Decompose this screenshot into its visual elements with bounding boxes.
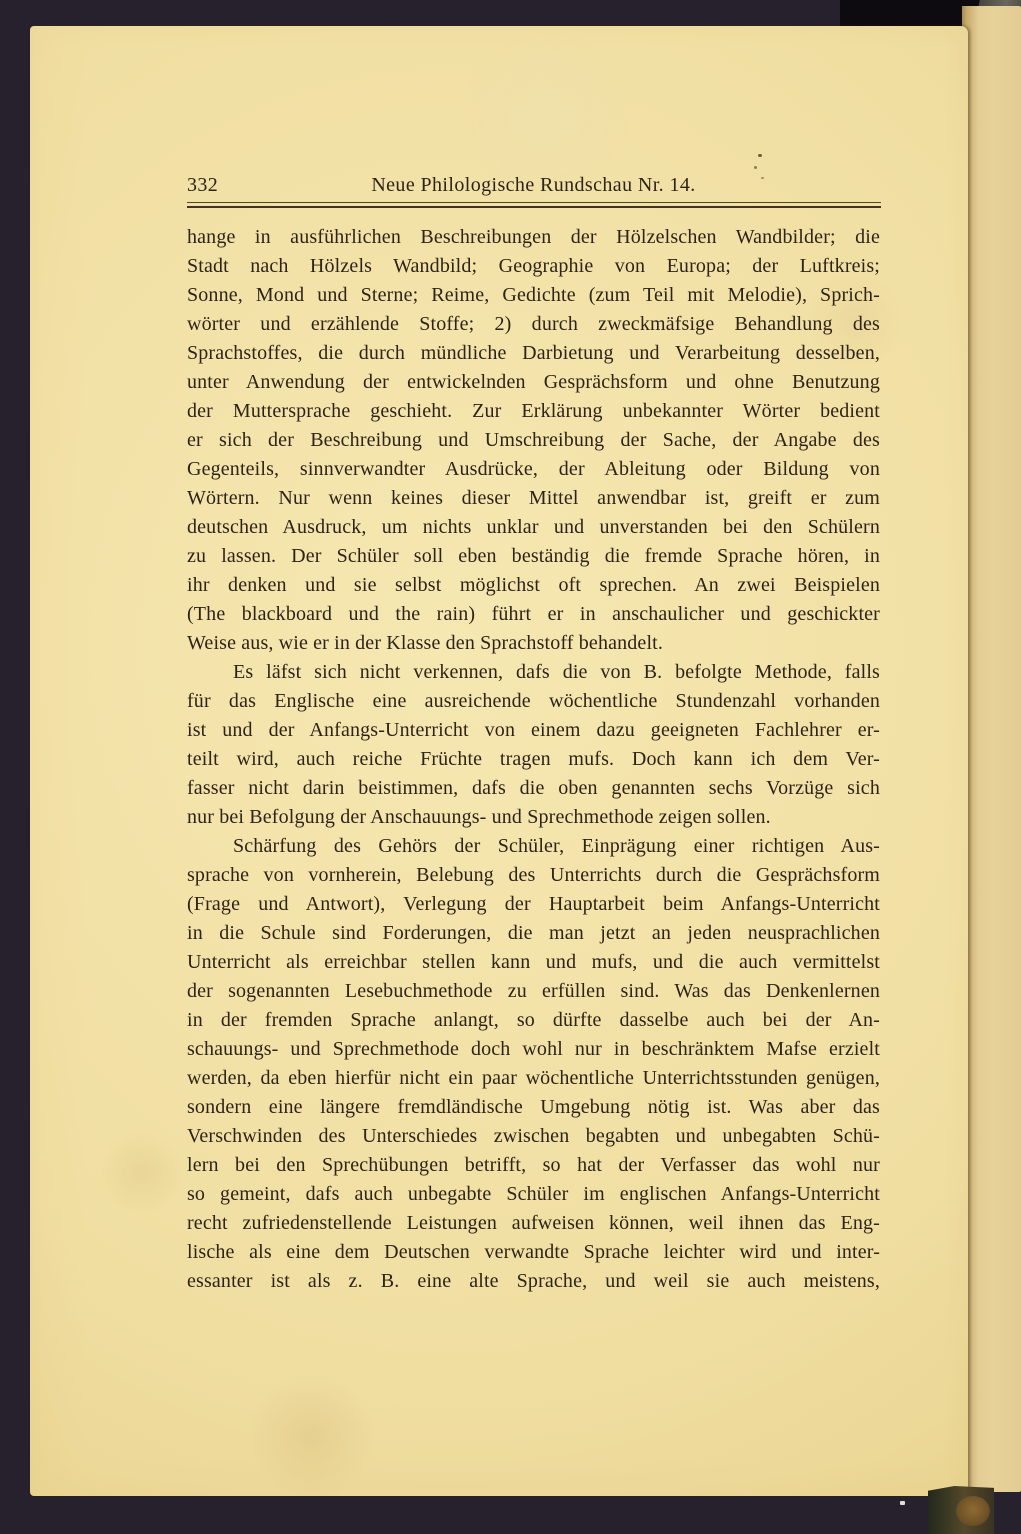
text-line: Wörtern. Nur wenn keines dieser Mittel a… [187, 484, 880, 513]
text-line: Schärfung des Gehörs der Schüler, Einprä… [187, 832, 880, 861]
text-line: sondern eine längere fremdländische Umge… [187, 1093, 880, 1122]
text-line: zu lassen. Der Schüler soll eben beständ… [187, 542, 880, 571]
header-rule-bottom [187, 206, 881, 208]
page-body-text: hange in ausführlichen Beschreibungen de… [187, 223, 880, 1296]
text-line: fasser nicht darin beistimmen, dafs die … [187, 774, 880, 803]
text-line: Es läfst sich nicht verkennen, dafs die … [187, 658, 880, 687]
text-line: ist und der Anfangs-Unterricht von einem… [187, 716, 880, 745]
text-line: werden, da eben hierfür nicht ein paar w… [187, 1064, 880, 1093]
text-line: recht zufriedenstellende Leistungen aufw… [187, 1209, 880, 1238]
text-line: Verschwinden des Unterschiedes zwischen … [187, 1122, 880, 1151]
text-line: lern bei den Sprechübungen betrifft, so … [187, 1151, 880, 1180]
ink-speck [758, 154, 762, 157]
text-line: unter Anwendung der entwickelnden Gesprä… [187, 368, 880, 397]
text-line: Weise aus, wie er in der Klasse den Spra… [187, 629, 880, 658]
text-line: Stadt nach Hölzels Wandbild; Geographie … [187, 252, 880, 281]
text-line: schauungs- und Sprechmethode doch wohl n… [187, 1035, 880, 1064]
text-line: ihr denken und sie selbst möglichst oft … [187, 571, 880, 600]
text-line: Sprachstoffes, die durch mündliche Darbi… [187, 339, 880, 368]
text-line: der Muttersprache geschieht. Zur Erkläru… [187, 397, 880, 426]
paper-fleck [900, 1501, 905, 1505]
scanned-book-photo: 332 Neue Philologische Rundschau Nr. 14.… [0, 0, 1021, 1534]
text-line: für das Englische eine ausreichende wöch… [187, 687, 880, 716]
running-header-row: 332 Neue Philologische Rundschau Nr. 14. [187, 174, 880, 200]
adjacent-page-edge [962, 6, 1021, 1492]
text-line: nur bei Befolgung der Anschauungs- und S… [187, 803, 880, 832]
text-line: Sonne, Mond und Sterne; Reime, Gedichte … [187, 281, 880, 310]
text-line: Gegenteils, sinnverwandter Ausdrücke, de… [187, 455, 880, 484]
text-line: deutschen Ausdruck, um nichts unklar und… [187, 513, 880, 542]
binding-remnant-highlight [956, 1496, 990, 1526]
text-line: der sogenannten Lesebuchmethode zu erfül… [187, 977, 880, 1006]
text-line: lische als eine dem Deutschen verwandte … [187, 1238, 880, 1267]
text-line: wörter und erzählende Stoffe; 2) durch z… [187, 310, 880, 339]
text-line: essanter ist als z. B. eine alte Sprache… [187, 1267, 880, 1296]
text-line: er sich der Beschreibung und Umschreibun… [187, 426, 880, 455]
text-line: (Frage und Antwort), Verlegung der Haupt… [187, 890, 880, 919]
book-page: 332 Neue Philologische Rundschau Nr. 14.… [30, 26, 968, 1496]
text-line: (The blackboard und the rain) führt er i… [187, 600, 880, 629]
text-line: Unterricht als erreichbar stellen kann u… [187, 948, 880, 977]
text-line: in die Schule sind Forderungen, die man … [187, 919, 880, 948]
text-line: in der fremden Sprache anlangt, so dürft… [187, 1006, 880, 1035]
running-header-title: Neue Philologische Rundschau Nr. 14. [187, 174, 880, 197]
text-line: hange in ausführlichen Beschreibungen de… [187, 223, 880, 252]
ink-speck [754, 166, 757, 169]
header-rule-top [187, 202, 881, 203]
ink-speck [761, 177, 764, 179]
text-line: sprache von vornherein, Belebung des Unt… [187, 861, 880, 890]
text-line: so gemeint, dafs auch unbegabte Schüler … [187, 1180, 880, 1209]
text-line: teilt wird, auch reiche Früchte tragen m… [187, 745, 880, 774]
